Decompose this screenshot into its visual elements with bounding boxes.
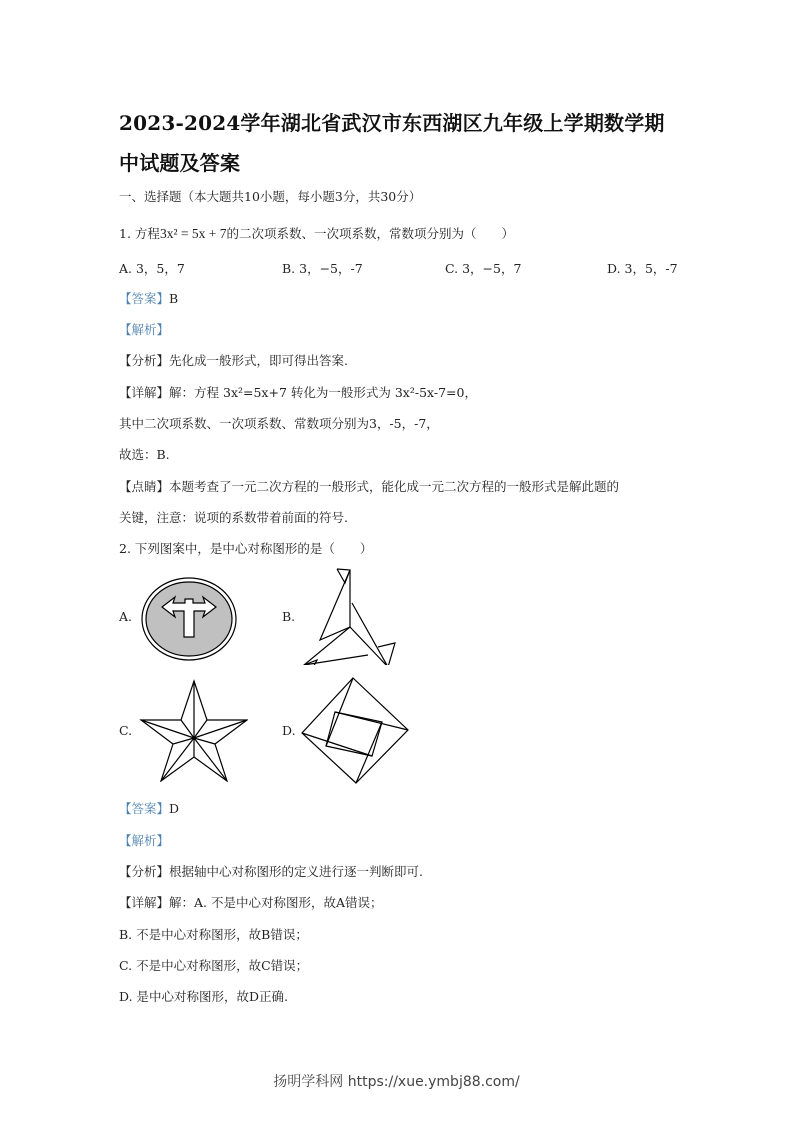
xiangjie-text: 解：方程 3x²=5x+7 转化为一般形式为 3x²-5x-7=0， [169, 385, 477, 400]
fenxi-tag: 【分析】 [119, 864, 169, 879]
q1-analysis-tag: 【解析】 [119, 321, 169, 339]
q1-option-b: B. 3，−5，-7 [282, 260, 363, 278]
q1-fenxi: 【分析】先化成一般形式，即可得出答案. [119, 352, 348, 370]
q1-stem: 1. 方程3x² = 5x + 7的二次项系数、一次项系数，常数项分别为（ ） [119, 225, 514, 243]
q1-prefix: 方程 [135, 226, 160, 241]
document-title: 2023-2024学年湖北省武汉市东西湖区九年级上学期数学期 中试题及答案 [119, 103, 679, 183]
fenxi-text: 根据轴中心对称图形的定义进行逐一判断即可. [169, 864, 423, 879]
dianjing-tag: 【点睛】 [119, 479, 169, 494]
three-blade-pinwheel-icon [300, 565, 410, 665]
q1-dianjing: 【点睛】本题考查了一元二次方程的一般形式，能化成一元二次方程的一般形式是解此题的 [119, 478, 619, 496]
title-line-1: 2023-2024学年湖北省武汉市东西湖区九年级上学期数学期 [119, 103, 679, 143]
q1-xiangjie: 【详解】解：方程 3x²=5x+7 转化为一般形式为 3x²-5x-7=0， [119, 384, 477, 402]
q2-answer: 【答案】D [119, 800, 179, 818]
q1-number: 1. [119, 226, 131, 241]
five-point-star-icon [138, 678, 248, 782]
q2-line-d: D. 是中心对称图形，故D正确. [119, 988, 288, 1006]
fenxi-tag: 【分析】 [119, 353, 169, 368]
q1-answer: 【答案】B [119, 290, 178, 308]
q1-option-a: A. 3，5，7 [119, 260, 185, 278]
answer-tag: 【答案】 [119, 291, 169, 306]
xiangjie-text: 解：A. 不是中心对称图形，故A错误； [169, 895, 383, 910]
q2-line-c: C. 不是中心对称图形，故C错误； [119, 957, 308, 975]
dianjing-text: 本题考查了一元二次方程的一般形式，能化成一元二次方程的一般形式是解此题的 [169, 479, 619, 494]
answer-tag: 【答案】 [119, 801, 169, 816]
xiangjie-tag: 【详解】 [119, 385, 169, 400]
xiangjie-tag: 【详解】 [119, 895, 169, 910]
fenxi-text: 先化成一般形式，即可得出答案. [169, 353, 348, 368]
document-page: 2023-2024学年湖北省武汉市东西湖区九年级上学期数学期 中试题及答案 一、… [0, 0, 793, 1122]
t-junction-sign-icon [140, 577, 240, 663]
q2-analysis-tag: 【解析】 [119, 832, 169, 850]
section-heading: 一、选择题（本大题共10小题，每小题3分，共30分） [119, 188, 421, 206]
q2-xiangjie: 【详解】解：A. 不是中心对称图形，故A错误； [119, 894, 383, 912]
q2-figure-a-label: A. [119, 609, 132, 624]
footer-watermark: 扬明学科网 https://xue.ymbj88.com/ [0, 1071, 793, 1091]
q2-stem: 2. 下列图案中，是中心对称图形的是（ ） [119, 540, 372, 558]
q1-answer-value: B [169, 291, 178, 306]
q1-option-d: D. 3，5，-7 [607, 260, 678, 278]
q1-line3: 故选：B. [119, 446, 170, 464]
title-line-2: 中试题及答案 [119, 143, 679, 183]
q2-answer-value: D [169, 801, 179, 816]
q2-figure-c-label: C. [119, 723, 132, 738]
q1-equation: 3x² = 5x + 7 [160, 226, 227, 241]
q2-figure-b-label: B. [282, 609, 295, 624]
q1-option-c: C. 3，−5，7 [445, 260, 521, 278]
q1-suffix: 的二次项系数、一次项系数，常数项分别为（ ） [226, 226, 514, 241]
q2-figure-d-label: D. [282, 723, 296, 738]
q1-line2: 其中二次项系数、一次项系数、常数项分别为3，-5，-7， [119, 415, 439, 433]
q2-line-b: B. 不是中心对称图形，故B错误； [119, 926, 308, 944]
square-in-square-icon [300, 675, 412, 785]
q1-dianjing2: 关键，注意：说项的系数带着前面的符号. [119, 509, 348, 527]
q2-fenxi: 【分析】根据轴中心对称图形的定义进行逐一判断即可. [119, 863, 423, 881]
